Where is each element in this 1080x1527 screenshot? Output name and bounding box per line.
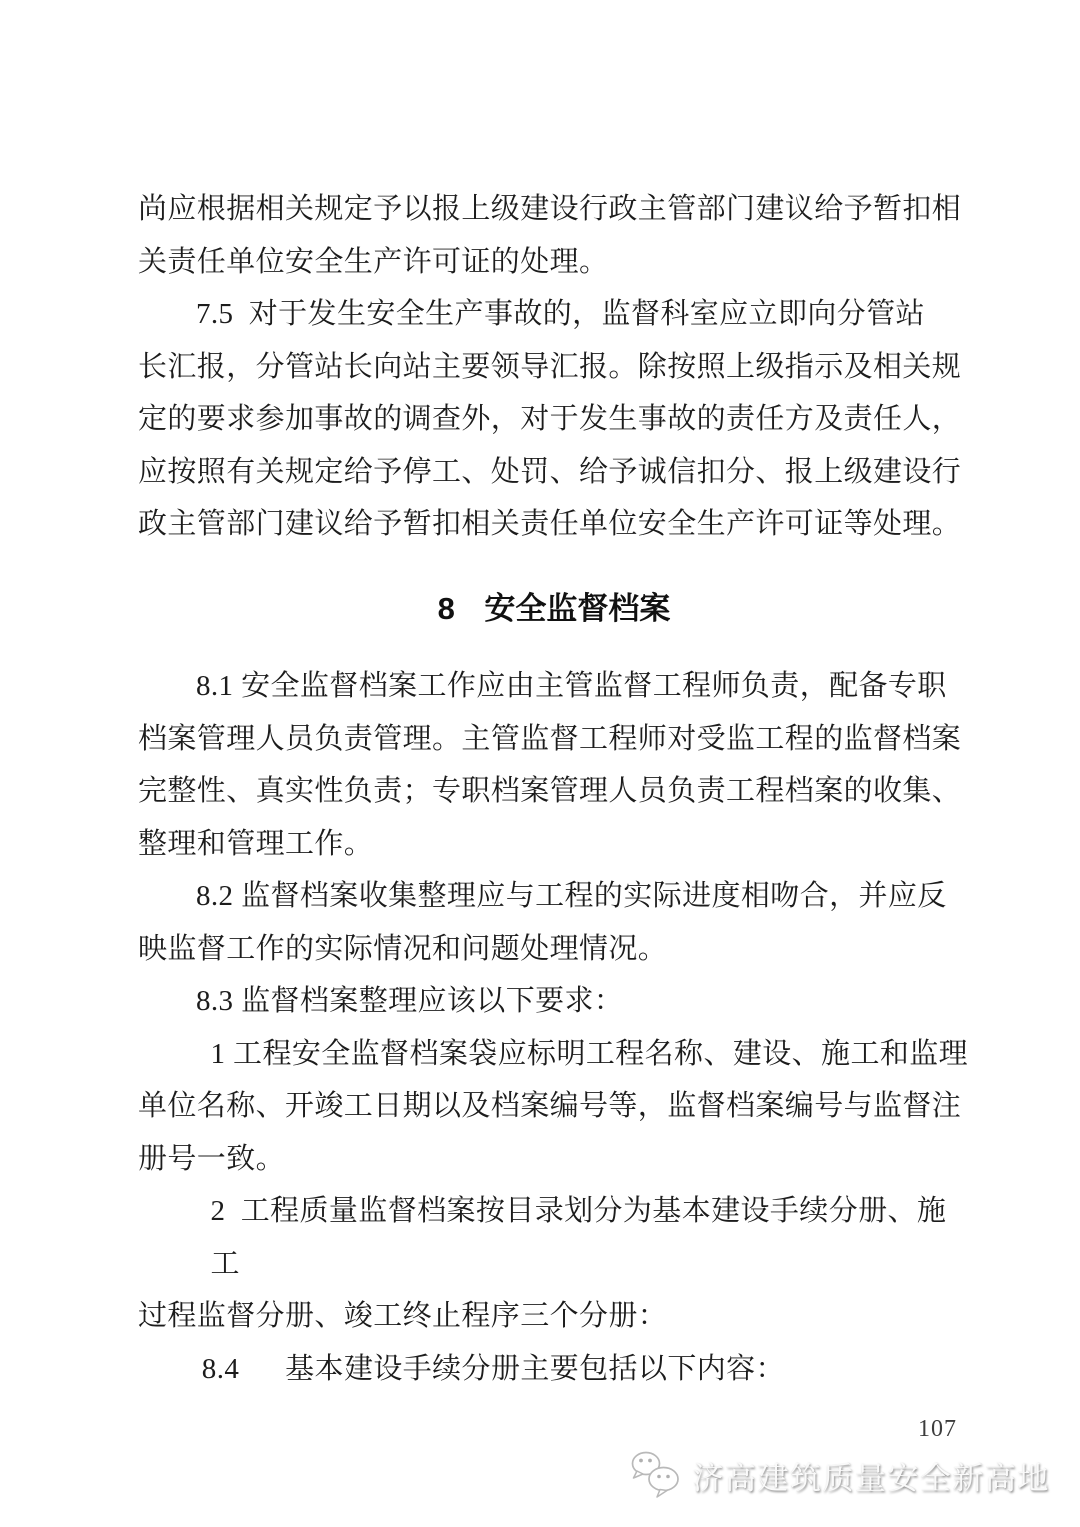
page-number: 107 — [918, 1416, 957, 1443]
para-8-2: 8.2 监督档案收集整理应与工程的实际进度相吻合，并应反映监督工作的实际情况和问… — [138, 870, 970, 975]
watermark-text: 济高建筑质量安全新高地 — [693, 1453, 1051, 1498]
text-line: 长汇报，分管站长向站主要领导汇报。除按照上级指示及相关规 — [138, 341, 970, 394]
para-7-5: 7.5 对于发生安全生产事故的，监督科室应立即向分管站长汇报，分管站长向站主要领… — [138, 288, 970, 551]
text-line: 册号一致。 — [138, 1133, 970, 1186]
text-line: 7.5 对于发生安全生产事故的，监督科室应立即向分管站 — [138, 288, 970, 341]
document-body: 尚应根据相关规定予以报上级建设行政主管部门建议给予暂扣相关责任单位安全生产许可证… — [138, 183, 970, 1395]
section-8-heading: 8安全监督档案 — [138, 583, 970, 636]
text-line: 8.1 安全监督档案工作应由主管监督工程师负责，配备专职 — [138, 660, 970, 713]
text-line: 2 工程质量监督档案按目录划分为基本建设手续分册、施工 — [138, 1185, 970, 1290]
heading-number: 8 — [438, 591, 455, 626]
para-8-3-item-1: 1 工程安全监督档案袋应标明工程名称、建设、施工和监理单位名称、开竣工日期以及档… — [138, 1028, 970, 1186]
text-line: 映监督工作的实际情况和问题处理情况。 — [138, 923, 970, 976]
text-line: 关责任单位安全生产许可证的处理。 — [138, 236, 970, 289]
text-line: 档案管理人员负责管理。主管监督工程师对受监工程的监督档案 — [138, 713, 970, 766]
wechat-icon — [629, 1450, 683, 1500]
para-8-1: 8.1 安全监督档案工作应由主管监督工程师负责，配备专职档案管理人员负责管理。主… — [138, 660, 970, 870]
text-line: 过程监督分册、竣工终止程序三个分册： — [138, 1290, 970, 1343]
text-line: 8.3 监督档案整理应该以下要求： — [138, 975, 970, 1028]
text-line: 8.2 监督档案收集整理应与工程的实际进度相吻合，并应反 — [138, 870, 970, 923]
text-line: 8.4 基本建设手续分册主要包括以下内容： — [138, 1343, 970, 1396]
text-line: 1 工程安全监督档案袋应标明工程名称、建设、施工和监理 — [138, 1028, 970, 1081]
para-7-4-continuation: 尚应根据相关规定予以报上级建设行政主管部门建议给予暂扣相关责任单位安全生产许可证… — [138, 183, 970, 288]
para-8-3-item-2: 2 工程质量监督档案按目录划分为基本建设手续分册、施工过程监督分册、竣工终止程序… — [138, 1185, 970, 1343]
para-8-3: 8.3 监督档案整理应该以下要求： — [138, 975, 970, 1028]
text-line: 整理和管理工作。 — [138, 818, 970, 871]
text-line: 政主管部门建议给予暂扣相关责任单位安全生产许可证等处理。 — [138, 498, 970, 551]
text-line: 完整性、真实性负责；专职档案管理人员负责工程档案的收集、 — [138, 765, 970, 818]
document-page: 尚应根据相关规定予以报上级建设行政主管部门建议给予暂扣相关责任单位安全生产许可证… — [0, 0, 1080, 1527]
page-footer: 107 — [0, 1416, 1080, 1452]
para-8-4: 8.4 基本建设手续分册主要包括以下内容： — [138, 1343, 970, 1396]
text-line: 尚应根据相关规定予以报上级建设行政主管部门建议给予暂扣相 — [138, 183, 970, 236]
heading-title: 安全监督档案 — [484, 591, 670, 626]
text-line: 单位名称、开竣工日期以及档案编号等，监督档案编号与监督注 — [138, 1080, 970, 1133]
text-line: 应按照有关规定给予停工、处罚、给予诚信扣分、报上级建设行 — [138, 446, 970, 499]
text-line: 定的要求参加事故的调查外，对于发生事故的责任方及责任人， — [138, 393, 970, 446]
watermark: 济高建筑质量安全新高地 — [629, 1450, 1051, 1500]
